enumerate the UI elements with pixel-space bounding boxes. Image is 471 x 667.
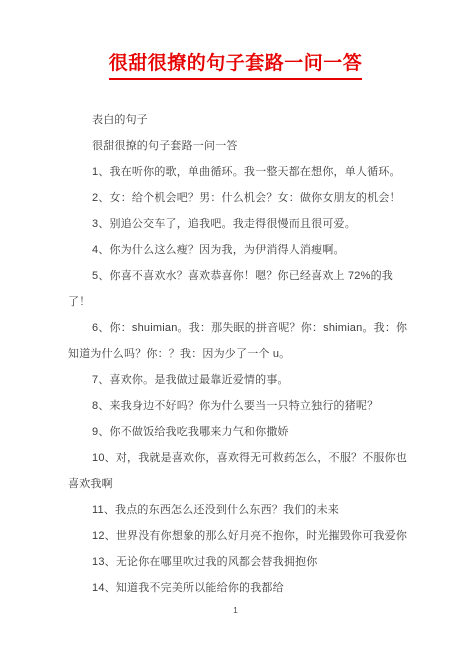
list-item: 1、我在听你的歌，单曲循环。我一整天都在想你，单人循环。 xyxy=(68,159,413,185)
list-item: 5、你喜不喜欢水？喜欢恭喜你！嗯？你已经喜欢上 72%的我了！ xyxy=(68,263,413,315)
list-item: 9、你不做饭给我吃我哪来力气和你撒娇 xyxy=(68,419,413,445)
list-item: 8、来我身边不好吗？你为什么要当一只特立独行的猪呢？ xyxy=(68,393,413,419)
list-item: 13、无论你在哪里吹过我的风都会替我拥抱你 xyxy=(68,549,413,575)
page-number: 1 xyxy=(0,606,471,615)
list-item: 11、我点的东西怎么还没到什么东西？我们的未来 xyxy=(68,497,413,523)
list-item: 10、对，我就是喜欢你，喜欢得无可救药怎么，不服？不服你也喜欢我啊 xyxy=(68,445,413,497)
intro-line: 表白的句子 xyxy=(68,107,413,133)
page-title: 很甜很撩的句子套路一问一答 xyxy=(0,52,471,80)
page-title-text: 很甜很撩的句子套路一问一答 xyxy=(109,52,363,80)
list-item: 2、女：给个机会吧？男：什么机会？女：做你女朋友的机会！ xyxy=(68,185,413,211)
list-item: 3、别追公交车了，追我吧。我走得很慢而且很可爱。 xyxy=(68,211,413,237)
list-item: 6、你：shuimian。我：那失眠的拼音呢？你：shimian。我：你知道为什… xyxy=(68,315,413,367)
list-item: 4、你为什么这么瘦？因为我，为伊消得人消瘦啊。 xyxy=(68,237,413,263)
document-body: 表白的句子 很甜很撩的句子套路一问一答 1、我在听你的歌，单曲循环。我一整天都在… xyxy=(0,107,471,601)
document-page: 很甜很撩的句子套路一问一答 表白的句子 很甜很撩的句子套路一问一答 1、我在听你… xyxy=(0,0,471,667)
list-item: 7、喜欢你。是我做过最靠近爱情的事。 xyxy=(68,367,413,393)
intro-line: 很甜很撩的句子套路一问一答 xyxy=(68,133,413,159)
list-item: 14、知道我不完美所以能给你的我都给 xyxy=(68,575,413,601)
list-item: 12、世界没有你想象的那么好月亮不抱你，时光摧毁你可我爱你 xyxy=(68,523,413,549)
